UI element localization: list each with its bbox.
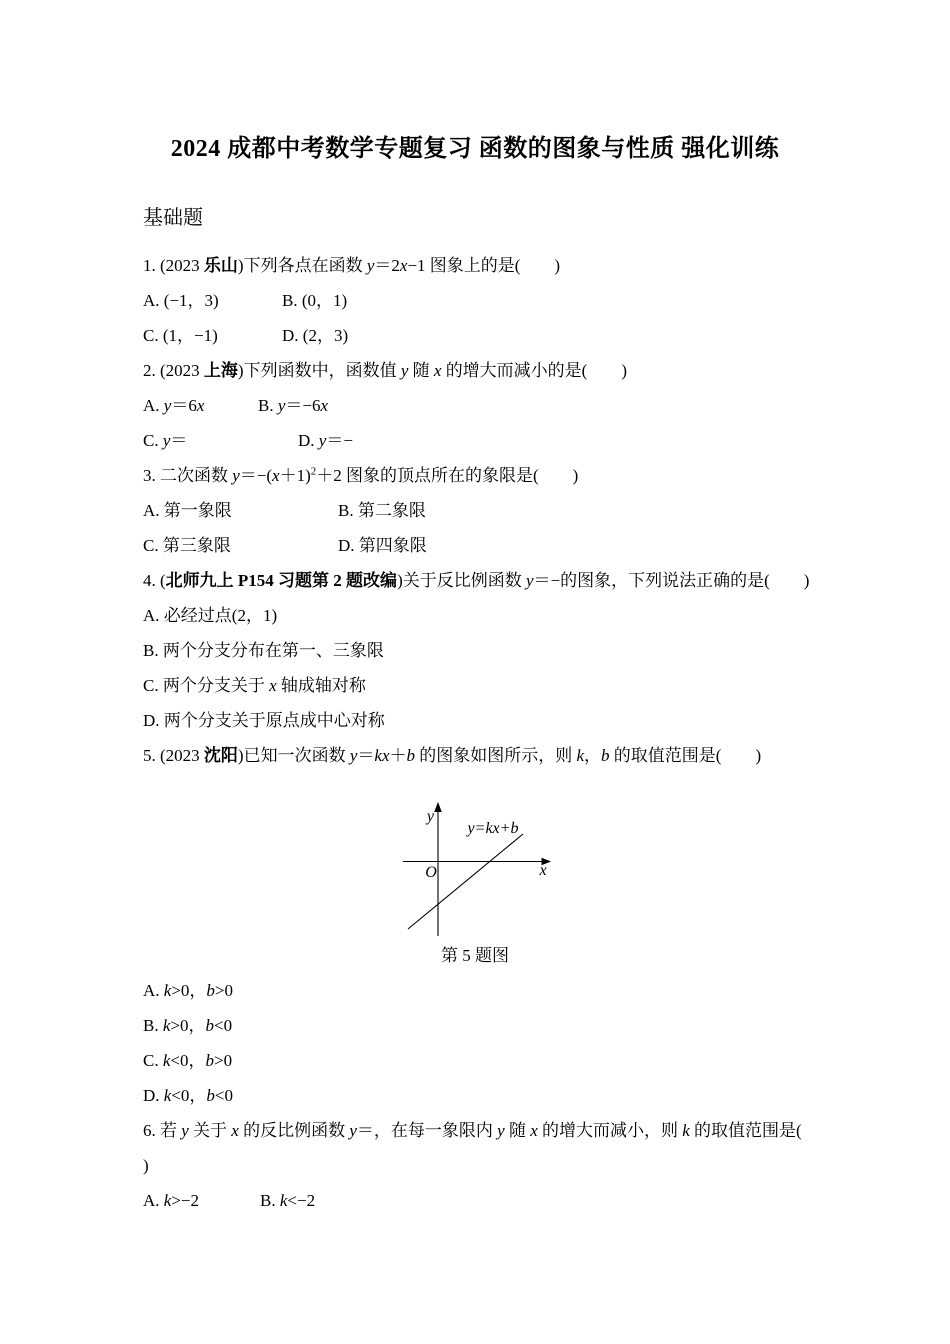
option-4-d: D. 两个分支关于原点成中心对称: [143, 703, 950, 738]
y-axis-arrow-icon: [434, 802, 442, 812]
text-segment: 6. 若: [143, 1121, 181, 1140]
text-segment: 3. 二次函数: [143, 466, 232, 485]
text-segment: )下列函数中，函数值: [238, 361, 401, 380]
text-segment: A.: [143, 981, 164, 1000]
text-segment: ＝，在每一象限内: [357, 1121, 497, 1140]
math-variable: k: [374, 746, 382, 765]
text-segment: >0，: [171, 981, 206, 1000]
text-segment: )下列各点在函数: [238, 256, 367, 275]
text-segment: C.: [143, 1051, 163, 1070]
text-segment: B. 两个分支分布在第一、三象限: [143, 641, 384, 660]
text-segment: 乐山: [204, 256, 238, 275]
text-segment: ＝−6: [285, 396, 320, 415]
math-variable: b: [406, 746, 415, 765]
text-segment: A.: [143, 396, 164, 415]
text-segment: A.: [143, 1191, 164, 1210]
options-6-row1: A. k>−2B. k<−2: [143, 1183, 950, 1218]
math-variable: k: [576, 746, 584, 765]
text-segment: −1 图象上的是( ): [407, 256, 560, 275]
math-variable: b: [206, 981, 215, 1000]
math-variable: b: [205, 1016, 214, 1035]
text-segment: <0，: [170, 1051, 205, 1070]
text-segment: <0，: [171, 1086, 206, 1105]
options-3-row2: C. 第三象限D. 第四象限: [143, 528, 950, 563]
option-5-a: A. k>0，b>0: [143, 973, 950, 1008]
math-variable: y: [526, 571, 534, 590]
text-segment: ): [143, 1156, 149, 1175]
text-segment: <0: [214, 1016, 232, 1035]
text-segment: A. (−1，3): [143, 291, 219, 310]
text-segment: D. 两个分支关于原点成中心对称: [143, 711, 385, 730]
text-segment: C.: [143, 431, 163, 450]
text-segment: 随: [505, 1121, 531, 1140]
math-variable: b: [601, 746, 610, 765]
math-variable: x: [272, 466, 280, 485]
text-segment: ＝6: [171, 396, 197, 415]
y-axis-label: y: [425, 808, 435, 825]
options-2-row2: C. y＝D. y＝−: [143, 423, 950, 458]
questions-before-figure: 1. (2023 乐山)下列各点在函数 y＝2x−1 图象上的是( )A. (−…: [143, 248, 950, 773]
text-segment: D. (2，3): [282, 326, 348, 345]
text-segment: 的反比例函数: [239, 1121, 350, 1140]
text-segment: B.: [143, 1016, 163, 1035]
math-variable: x: [320, 396, 328, 415]
text-segment: B. (0，1): [282, 291, 347, 310]
text-segment: C. 两个分支关于: [143, 676, 269, 695]
text-segment: ＝2: [374, 256, 400, 275]
text-segment: )已知一次函数: [238, 746, 350, 765]
math-variable: y: [232, 466, 240, 485]
options-2-row1-col2: B. y＝−6x: [258, 388, 328, 423]
text-segment: 5. (2023: [143, 746, 204, 765]
section-heading: 基础题: [143, 204, 950, 232]
math-variable: y: [181, 1121, 189, 1140]
text-segment: 的取值范围是(: [690, 1121, 802, 1140]
figure-caption: 第 5 题图: [143, 938, 807, 973]
options-3-row1: A. 第一象限B. 第二象限: [143, 493, 950, 528]
math-variable: y: [349, 1121, 357, 1140]
questions-after-figure: A. k>0，b>0B. k>0，b<0C. k<0，b>0D. k<0，b<0…: [143, 973, 950, 1218]
option-5-b: B. k>0，b<0: [143, 1008, 950, 1043]
option-4-c: C. 两个分支关于 x 轴成轴对称: [143, 668, 950, 703]
line-equation-label: y=kx+b: [466, 820, 519, 837]
text-segment: B. 第二象限: [338, 501, 426, 520]
math-variable: b: [206, 1086, 215, 1105]
text-segment: ＝: [170, 431, 187, 450]
text-segment: 上海: [204, 361, 238, 380]
math-variable: x: [197, 396, 205, 415]
options-2-row2-col2: D. y＝−: [298, 423, 353, 458]
option-5-d: D. k<0，b<0: [143, 1078, 950, 1113]
text-segment: >0: [215, 981, 233, 1000]
math-variable: x: [231, 1121, 239, 1140]
function-line: [408, 834, 523, 929]
text-segment: A. 第一象限: [143, 501, 232, 520]
text-segment: <0: [215, 1086, 233, 1105]
text-segment: <−2: [287, 1191, 315, 1210]
text-segment: D. 第四象限: [338, 536, 427, 555]
text-segment: 1. (2023: [143, 256, 204, 275]
text-segment: ＋1): [280, 466, 311, 485]
question-4: 4. (北师九上 P154 习题第 2 题改编)关于反比例函数 y＝−的图象，下…: [143, 563, 950, 598]
options-1-row2: C. (1，−1)D. (2，3): [143, 318, 950, 353]
text-segment: 轴成轴对称: [277, 676, 366, 695]
text-segment: >0，: [170, 1016, 205, 1035]
math-variable: x: [530, 1121, 538, 1140]
text-segment: B.: [258, 396, 278, 415]
math-variable: b: [205, 1051, 214, 1070]
text-segment: ，: [584, 746, 601, 765]
text-segment: )关于反比例函数: [397, 571, 526, 590]
q5-line-graph: y x O y=kx+b: [398, 773, 558, 938]
x-axis-label: x: [538, 862, 546, 879]
text-segment: A. 必经过点(2，1): [143, 606, 277, 625]
text-segment: ＝: [357, 746, 374, 765]
option-5-c: C. k<0，b>0: [143, 1043, 950, 1078]
text-segment: 的取值范围是( ): [610, 746, 762, 765]
figure-q5: y x O y=kx+b: [143, 773, 950, 938]
options-6-row1-col2: B. k<−2: [260, 1183, 315, 1218]
text-segment: 4. (: [143, 571, 166, 590]
text-segment: 2. (2023: [143, 361, 204, 380]
origin-label: O: [425, 864, 437, 881]
text-segment: ＝−: [326, 431, 353, 450]
text-segment: 沈阳: [204, 746, 238, 765]
question-5: 5. (2023 沈阳)已知一次函数 y＝kx＋b 的图象如图所示，则 k，b …: [143, 738, 950, 773]
math-variable: x: [269, 676, 277, 695]
page-title: 2024 成都中考数学专题复习 函数的图象与性质 强化训练: [0, 0, 950, 164]
math-variable: y: [497, 1121, 505, 1140]
question-3: 3. 二次函数 y＝−(x＋1)2＋2 图象的顶点所在的象限是( ): [143, 458, 950, 493]
text-segment: 的增大而减小，则: [538, 1121, 683, 1140]
text-segment: 北师九上 P154 习题第 2 题改编: [166, 571, 397, 590]
question-1: 1. (2023 乐山)下列各点在函数 y＝2x−1 图象上的是( ): [143, 248, 950, 283]
document-page: 2024 成都中考数学专题复习 函数的图象与性质 强化训练 基础题 1. (20…: [0, 0, 950, 1344]
math-variable: k: [682, 1121, 690, 1140]
options-2-row1: A. y＝6xB. y＝−6x: [143, 388, 950, 423]
options-3-row2-col2: D. 第四象限: [338, 528, 427, 563]
text-segment: C. (1，−1): [143, 326, 218, 345]
text-segment: ＝−(: [240, 466, 272, 485]
question-list: 1. (2023 乐山)下列各点在函数 y＝2x−1 图象上的是( )A. (−…: [143, 248, 950, 1218]
options-1-row1: A. (−1，3)B. (0，1): [143, 283, 950, 318]
text-segment: >−2: [171, 1191, 199, 1210]
options-1-row1-col2: B. (0，1): [282, 283, 347, 318]
text-segment: ＝−的图象，下列说法正确的是( ): [534, 571, 810, 590]
option-4-a: A. 必经过点(2，1): [143, 598, 950, 633]
text-segment: C. 第三象限: [143, 536, 231, 555]
text-segment: >0: [214, 1051, 232, 1070]
question-6-line2: ): [143, 1148, 950, 1183]
text-segment: ＋2 图象的顶点所在的象限是( ): [316, 466, 578, 485]
text-segment: 的图象如图所示，则: [415, 746, 577, 765]
options-3-row1-col2: B. 第二象限: [338, 493, 426, 528]
text-segment: B.: [260, 1191, 280, 1210]
text-segment: 随: [408, 361, 434, 380]
question-6-line1: 6. 若 y 关于 x 的反比例函数 y＝，在每一象限内 y 随 x 的增大而减…: [143, 1113, 950, 1148]
text-segment: D.: [143, 1086, 164, 1105]
text-segment: D.: [298, 431, 319, 450]
text-segment: ＋: [389, 746, 406, 765]
text-segment: 的增大而减小的是( ): [441, 361, 627, 380]
text-segment: 关于: [189, 1121, 232, 1140]
question-2: 2. (2023 上海)下列函数中，函数值 y 随 x 的增大而减小的是( ): [143, 353, 950, 388]
options-1-row2-col2: D. (2，3): [282, 318, 348, 353]
option-4-b: B. 两个分支分布在第一、三象限: [143, 633, 950, 668]
